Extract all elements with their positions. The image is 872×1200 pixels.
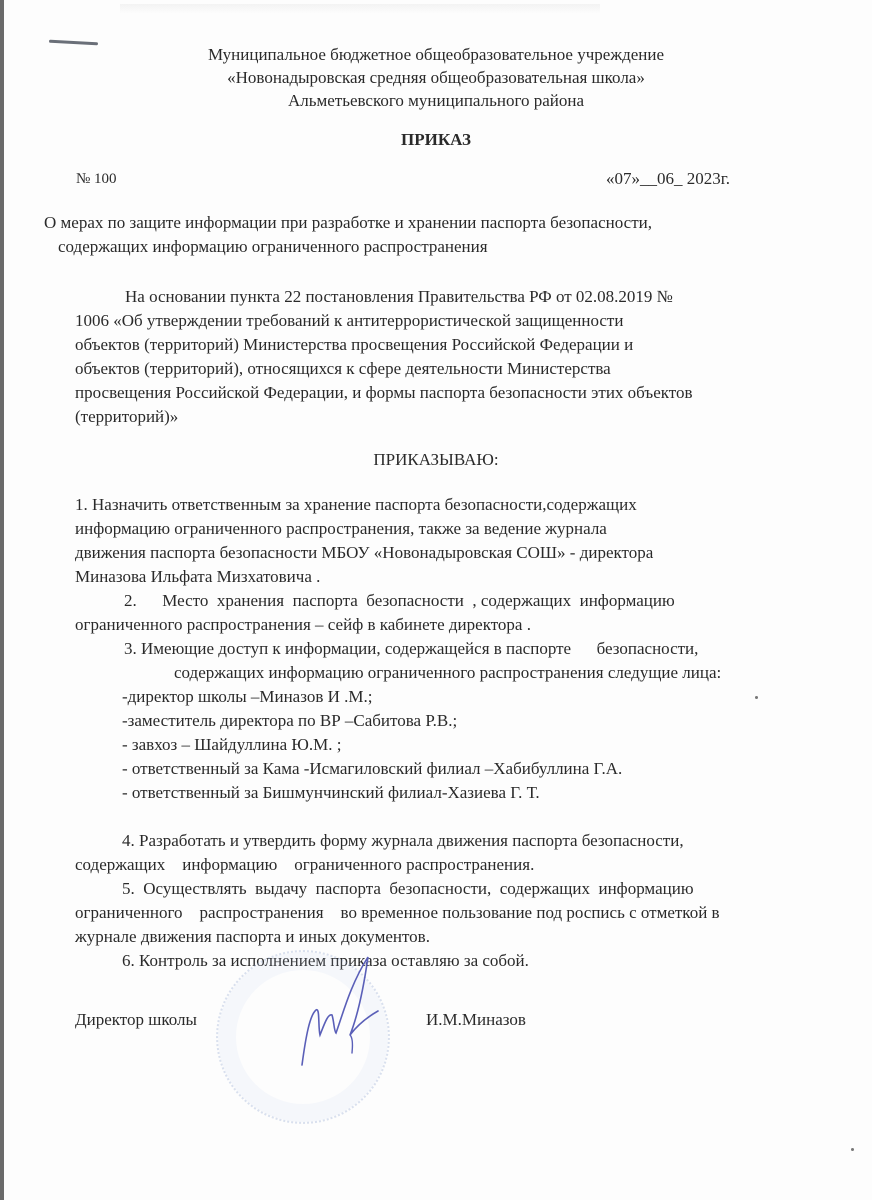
item5-line3: журнале движения паспорта и иных докумен…: [75, 925, 430, 949]
document-title: ПРИКАЗ: [0, 129, 872, 151]
item4-line2: содержащих информацию ограниченного расп…: [75, 853, 534, 877]
item1-line3: движения паспорта безопасности МБОУ «Нов…: [75, 541, 653, 565]
scan-top-shadow: [120, 4, 600, 14]
preamble-line4: объектов (территорий), относящихся к сфе…: [75, 357, 801, 381]
item1-line1: 1. Назначить ответственным за хранение п…: [75, 493, 637, 517]
item4-line1: 4. Разработать и утвердить форму журнала…: [122, 829, 684, 853]
order-date: «07»__06_ 2023г.: [606, 167, 730, 191]
scan-left-edge: [0, 0, 4, 1200]
item1-line2: информацию ограниченного распространения…: [75, 517, 607, 541]
preamble-line2: 1006 «Об утверждении требований к антите…: [75, 309, 801, 333]
org-name-line2: «Новонадыровская средняя общеобразовател…: [0, 67, 872, 89]
signatory-name: И.М.Миназов: [426, 1008, 526, 1032]
item5-line2: ограниченного распространения во временн…: [75, 901, 720, 925]
order-word: ПРИКАЗЫВАЮ:: [0, 449, 872, 471]
scan-speck: [851, 1148, 854, 1151]
date-day: «07»: [606, 169, 640, 188]
order-number: № 100: [76, 168, 117, 192]
person-caretaker: - завхоз – Шайдуллина Ю.М. ;: [122, 733, 341, 757]
item2-line2: ограниченного распространения – сейф в к…: [75, 613, 531, 637]
subject-line2: содержащих информацию ограниченного расп…: [58, 235, 488, 259]
preamble-line3: объектов (территорий) Министерства просв…: [75, 333, 801, 357]
signatory-position: Директор школы: [75, 1008, 197, 1032]
date-month: __06_: [640, 169, 683, 188]
person-director: -директор школы –Миназов И .М.;: [122, 685, 372, 709]
person-deputy: -заместитель директора по ВР –Сабитова Р…: [122, 709, 457, 733]
item3-line1: 3. Имеющие доступ к информации, содержащ…: [124, 637, 698, 661]
preamble-line5: просвещения Российской Федерации, и форм…: [75, 381, 801, 405]
org-name-line1: Муниципальное бюджетное общеобразователь…: [0, 44, 872, 66]
item5-line1: 5. Осуществлять выдачу паспорта безопасн…: [122, 877, 694, 901]
item3-line2: содержащих информацию ограниченного расп…: [174, 661, 721, 685]
subject-line1: О мерах по защите информации при разрабо…: [44, 211, 652, 235]
signature-mark: [298, 955, 388, 1075]
preamble-line6: (территорий)»: [75, 405, 801, 429]
item1-line4: Миназова Ильфата Мизхатовича .: [75, 565, 320, 589]
person-branch-kama: - ответственный за Кама -Исмагиловский ф…: [122, 757, 622, 781]
org-name-line3: Альметьевского муниципального района: [0, 90, 872, 112]
scan-speck: [755, 696, 758, 699]
person-branch-bishmunchi: - ответственный за Бишмунчинский филиал-…: [122, 781, 540, 805]
date-year: 2023г.: [683, 169, 731, 188]
item2-line1: 2. Место хранения паспорта безопасности …: [124, 589, 675, 613]
preamble-line1: На основании пункта 22 постановления Пра…: [75, 285, 801, 309]
